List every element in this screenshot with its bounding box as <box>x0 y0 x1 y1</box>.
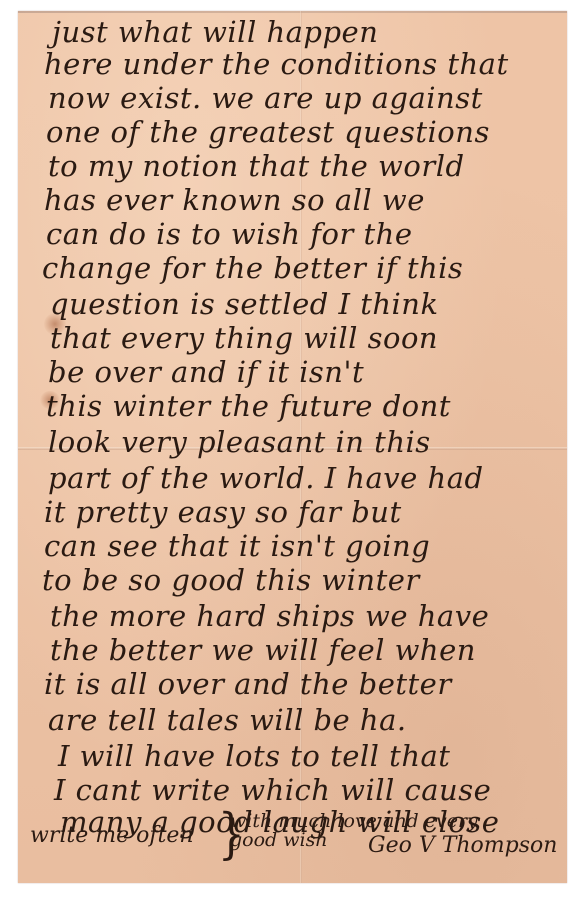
letter-line: change for the better if this <box>42 251 463 285</box>
scan-background: just what will happen here under the con… <box>0 0 581 900</box>
letter-line: I cant write which will cause <box>54 773 491 807</box>
letter-line: here under the conditions that <box>44 47 509 81</box>
letter-line: that every thing will soon <box>50 321 438 355</box>
letter-line: to my notion that the world <box>48 149 465 183</box>
letter-line: I will have lots to tell that <box>58 739 450 773</box>
letter-line: the better we will feel when <box>50 633 476 667</box>
letter-line: it is all over and the better <box>44 667 452 701</box>
letter-line: has ever known so all we <box>44 183 425 217</box>
letter-line: one of the greatest questions <box>46 115 490 149</box>
letter-paper: just what will happen here under the con… <box>18 11 567 883</box>
letter-line: just what will happen <box>52 15 378 49</box>
letter-line: to be so good this winter <box>42 563 420 597</box>
letter-line: now exist. we are up against <box>48 81 483 115</box>
postscript: write me often <box>30 823 194 848</box>
letter-line: can do is to wish for the <box>46 217 413 251</box>
letter-line: look very pleasant in this <box>48 425 431 459</box>
letter-line: the more hard ships we have <box>50 599 489 633</box>
paper-edge <box>18 11 567 13</box>
letter-line: be over and if it isn't <box>48 355 364 389</box>
letter-line: it pretty easy so far but <box>44 495 402 529</box>
letter-line: question is settled I think <box>50 287 439 321</box>
letter-line: part of the world. I have had <box>48 461 484 495</box>
signature: Geo V Thompson <box>368 833 557 858</box>
letter-line: are tell tales will be ha. <box>48 703 407 737</box>
letter-line: can see that it isn't going <box>44 529 430 563</box>
letter-line: this winter the future dont <box>46 389 451 423</box>
valediction: good wish <box>230 829 328 851</box>
